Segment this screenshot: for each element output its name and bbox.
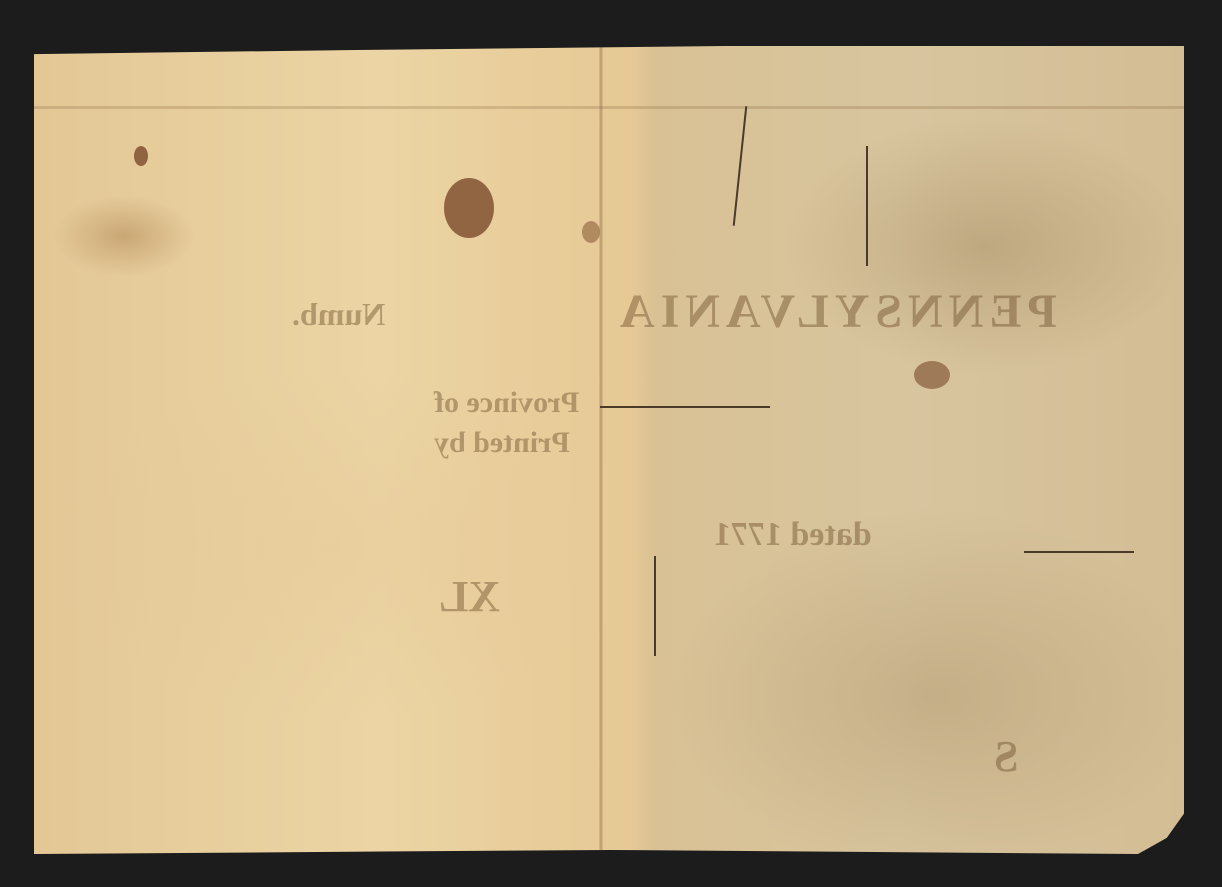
- tear-crack: [866, 146, 868, 266]
- ink-stain: [582, 221, 600, 243]
- ghost-text-line1: Province of: [434, 386, 579, 420]
- horizontal-fold: [34, 106, 1184, 109]
- ghost-text-corner: S: [994, 731, 1018, 782]
- aged-paper-note: Numb. PENNSYLVANIA Province of Printed b…: [34, 46, 1184, 854]
- tear-crack: [1024, 551, 1134, 553]
- tear-crack: [654, 556, 656, 656]
- vertical-fold: [599, 46, 603, 854]
- tear-crack: [733, 106, 748, 226]
- ghost-text-title: PENNSYLVANIA: [614, 284, 1057, 339]
- ink-stain: [134, 146, 148, 166]
- ink-stain: [914, 361, 950, 389]
- ink-stain: [444, 178, 494, 238]
- ghost-text-date: dated 1771: [714, 516, 872, 554]
- ghost-text-denomination: XL: [439, 571, 500, 622]
- ghost-text-numb: Numb.: [292, 296, 385, 333]
- tear-crack: [600, 406, 770, 408]
- ghost-text-line2: Printed by: [434, 426, 570, 460]
